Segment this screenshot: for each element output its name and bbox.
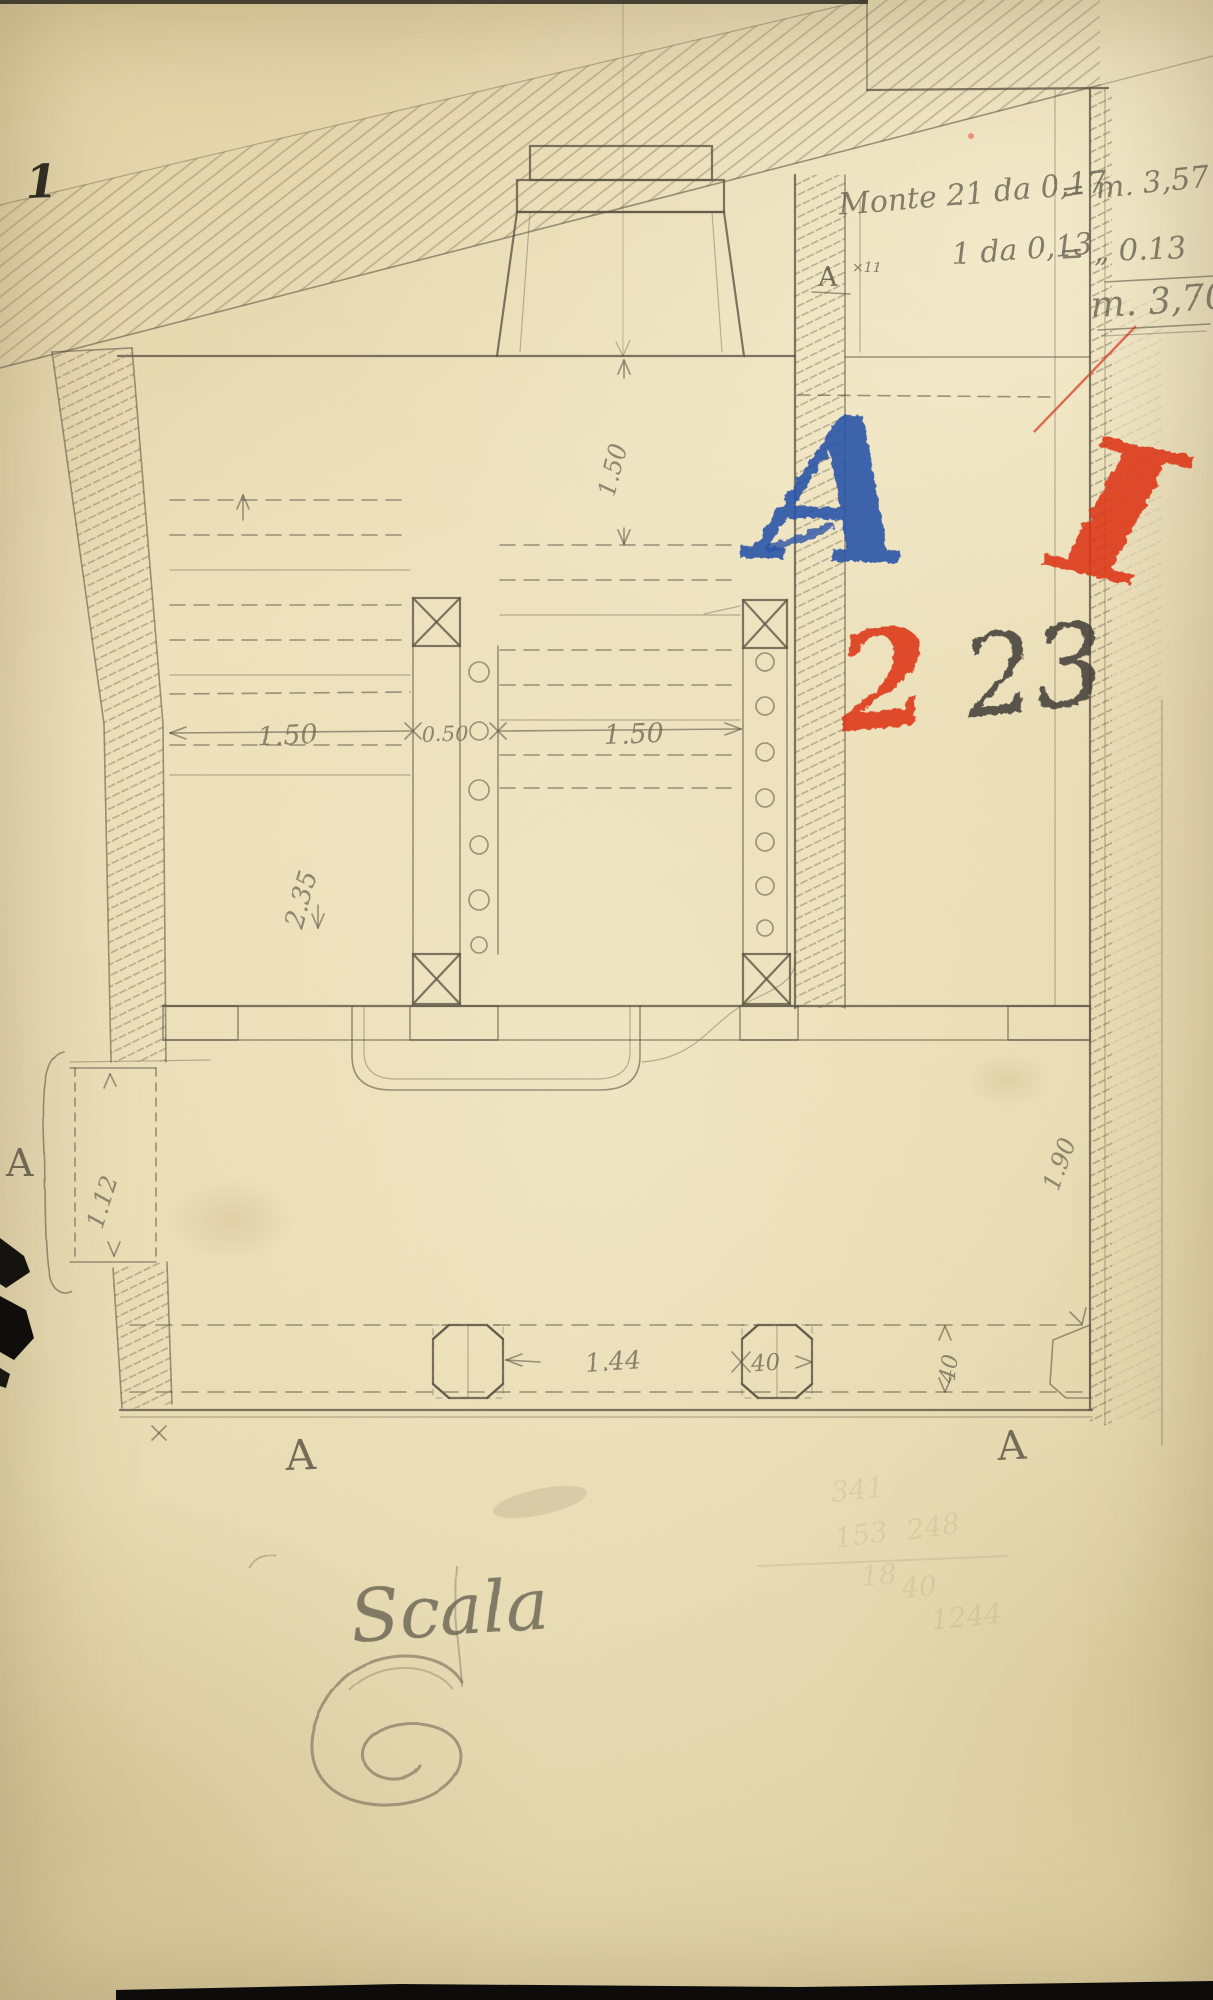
top-paper-edge <box>0 0 868 4</box>
dim-column-depth: 40 <box>935 1353 965 1386</box>
calc-line2-result: = „ 0.13 <box>1059 230 1187 272</box>
dim-center-flight: 1.50 <box>603 718 664 751</box>
stair-plan-drawing: Monte 21 da 0,17 = m. 3,57 ×11 1 da 0,13… <box>0 0 1213 2000</box>
blue-crayon-letter: A <box>737 371 916 612</box>
dim-spine: 0.50 <box>421 721 469 747</box>
ghost-figure: 18 <box>860 1557 898 1593</box>
ghost-figure: 40 <box>899 1569 938 1605</box>
drawing-sheet: Monte 21 da 0,17 = m. 3,57 ×11 1 da 0,13… <box>0 0 1213 2000</box>
ghost-figure: 341 <box>829 1471 886 1509</box>
calc-total: m. 3,70 <box>1090 277 1213 327</box>
section-marker-left: A <box>5 1141 34 1185</box>
calc-line2-mult: ×11 <box>852 260 882 276</box>
dim-column-width: 40 <box>750 1350 782 1378</box>
dim-left-flight: 1.50 <box>257 719 319 753</box>
corner-index-number: 1 <box>24 154 58 209</box>
caption-scala: Scala <box>347 1561 551 1659</box>
section-marker-bottom-left: A <box>284 1430 318 1480</box>
red-crayon-number: 2 <box>828 596 939 764</box>
red-fleck <box>968 133 974 139</box>
section-marker-top: A <box>817 262 838 293</box>
charcoal-number: 23 <box>954 598 1112 745</box>
dim-bay-spacing: 1.44 <box>584 1345 642 1378</box>
section-marker-bottom-right: A <box>995 1422 1028 1470</box>
